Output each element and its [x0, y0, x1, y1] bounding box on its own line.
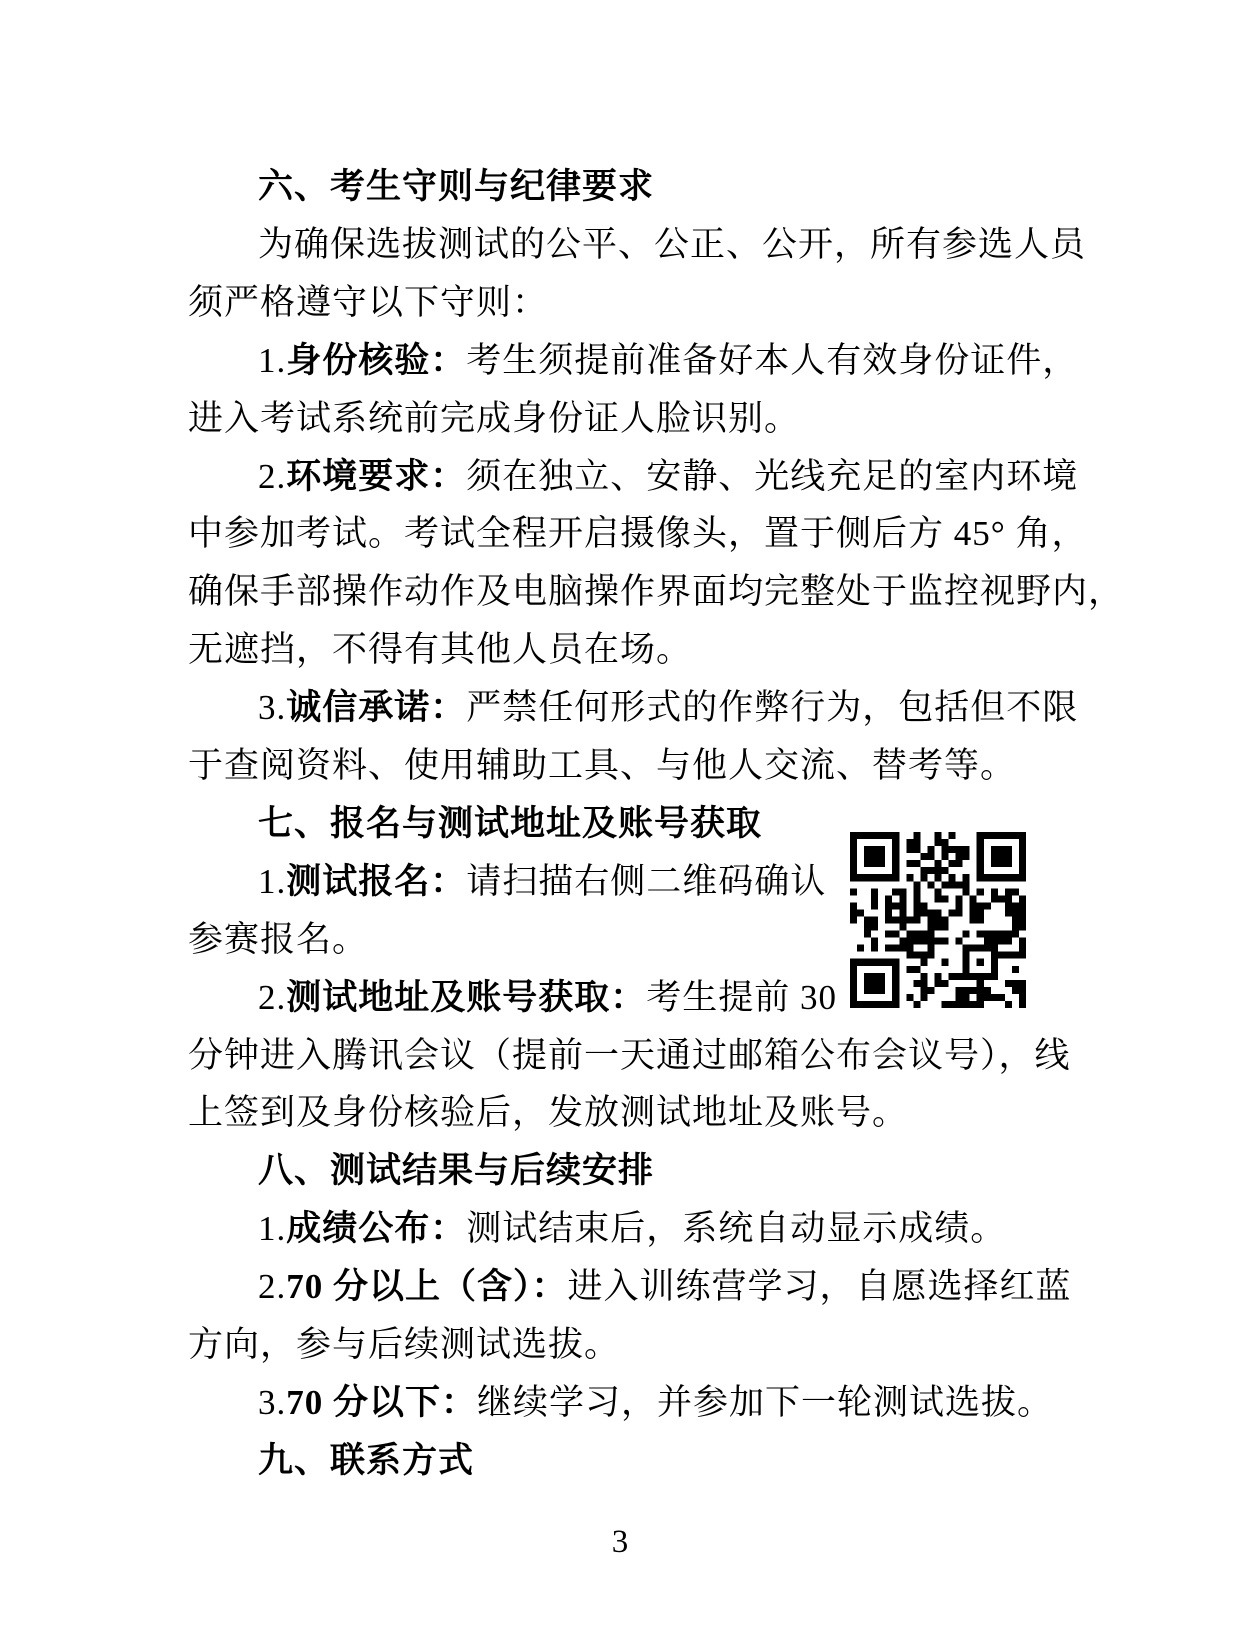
text-run: 须严格遵守以下守则： [188, 283, 548, 322]
text-run: 无遮挡，不得有其他人员在场。 [188, 630, 692, 669]
text-run: 上签到及身份核验后，发放测试地址及账号。 [188, 1093, 908, 1132]
bold-run: 九、联系方式 [258, 1441, 474, 1480]
bold-run: 70 分以下： [286, 1383, 477, 1422]
text-line: 1.成绩公布：测试结束后，系统自动显示成绩。 [188, 1209, 1006, 1249]
text-run: 测试结束后，系统自动显示成绩。 [466, 1209, 1006, 1248]
text-run: 参赛报名。 [188, 920, 368, 959]
text-line: 确保手部操作动作及电脑操作界面均完整处于监控视野内， [188, 572, 1124, 612]
text-run: 1. [258, 862, 286, 901]
text-line: 无遮挡，不得有其他人员在场。 [188, 630, 692, 670]
text-run: 考生提前 30 [646, 978, 837, 1017]
text-line: 于查阅资料、使用辅助工具、与他人交流、替考等。 [188, 746, 1016, 786]
text-line: 进入考试系统前完成身份证人脸识别。 [188, 399, 800, 439]
bold-run: 诚信承诺： [286, 688, 466, 727]
text-run: 继续学习，并参加下一轮测试选拔。 [477, 1383, 1053, 1422]
text-line: 3.70 分以下：继续学习，并参加下一轮测试选拔。 [188, 1383, 1053, 1423]
text-line: 分钟进入腾讯会议（提前一天通过邮箱公布会议号），线 [188, 1036, 1071, 1076]
bold-run: 测试报名： [286, 862, 466, 901]
text-run: 2. [258, 457, 286, 496]
text-run: 严禁任何形式的作弊行为，包括但不限 [466, 688, 1078, 727]
text-run: 1. [258, 341, 286, 380]
section-heading: 七、报名与测试地址及账号获取 [188, 804, 762, 844]
bold-run: 七、报名与测试地址及账号获取 [258, 804, 762, 843]
text-line: 为确保选拔测试的公平、公正、公开，所有参选人员 [188, 225, 1086, 265]
section-heading: 九、联系方式 [188, 1441, 474, 1481]
section-heading: 六、考生守则与纪律要求 [188, 167, 654, 207]
bold-run: 测试地址及账号获取： [286, 978, 646, 1017]
bold-run: 六、考生守则与纪律要求 [258, 167, 654, 206]
text-run: 须在独立、安静、光线充足的室内环境 [466, 457, 1078, 496]
text-line: 方向，参与后续测试选拔。 [188, 1325, 620, 1365]
text-run: 进入考试系统前完成身份证人脸识别。 [188, 399, 800, 438]
bold-run: 八、测试结果与后续安排 [258, 1151, 654, 1190]
text-line: 1.身份核验：考生须提前准备好本人有效身份证件， [188, 341, 1078, 381]
bold-run: 身份核验： [286, 341, 466, 380]
text-run: 3. [258, 1383, 286, 1422]
text-run: 方向，参与后续测试选拔。 [188, 1325, 620, 1364]
section-heading: 八、测试结果与后续安排 [188, 1151, 654, 1191]
text-run: 分钟进入腾讯会议（提前一天通过邮箱公布会议号），线 [188, 1036, 1071, 1075]
text-run: 3. [258, 688, 286, 727]
text-line: 1.测试报名：请扫描右侧二维码确认 [188, 862, 826, 902]
text-line: 3.诚信承诺：严禁任何形式的作弊行为，包括但不限 [188, 688, 1078, 728]
text-line: 2.测试地址及账号获取：考生提前 30 [188, 978, 837, 1018]
text-line: 须严格遵守以下守则： [188, 283, 548, 323]
text-run: 确保手部操作动作及电脑操作界面均完整处于监控视野内， [188, 572, 1124, 611]
text-run: 2. [258, 978, 286, 1017]
bold-run: 成绩公布： [286, 1209, 466, 1248]
bold-run: 70 分以上（含）： [286, 1267, 567, 1306]
text-run: 进入训练营学习，自愿选择红蓝 [568, 1267, 1072, 1306]
document-page: 六、考生守则与纪律要求为确保选拔测试的公平、公正、公开，所有参选人员须严格遵守以… [0, 0, 1240, 1650]
text-line: 上签到及身份核验后，发放测试地址及账号。 [188, 1093, 908, 1133]
text-line: 中参加考试。考试全程开启摄像头，置于侧后方 45° 角， [188, 514, 1088, 554]
text-run: 1. [258, 1209, 286, 1248]
text-run: 2. [258, 1267, 286, 1306]
registration-qr-code-image [850, 832, 1026, 1008]
text-run: 中参加考试。考试全程开启摄像头，置于侧后方 45° 角， [188, 514, 1088, 553]
bold-run: 环境要求： [286, 457, 466, 496]
text-line: 参赛报名。 [188, 920, 368, 960]
text-run: 于查阅资料、使用辅助工具、与他人交流、替考等。 [188, 746, 1016, 785]
text-run: 请扫描右侧二维码确认 [466, 862, 826, 901]
text-line: 2.70 分以上（含）：进入训练营学习，自愿选择红蓝 [188, 1267, 1072, 1307]
page-number: 3 [0, 1524, 1240, 1561]
text-run: 考生须提前准备好本人有效身份证件， [466, 341, 1078, 380]
text-line: 2.环境要求：须在独立、安静、光线充足的室内环境 [188, 457, 1078, 497]
text-run: 为确保选拔测试的公平、公正、公开，所有参选人员 [258, 225, 1086, 264]
